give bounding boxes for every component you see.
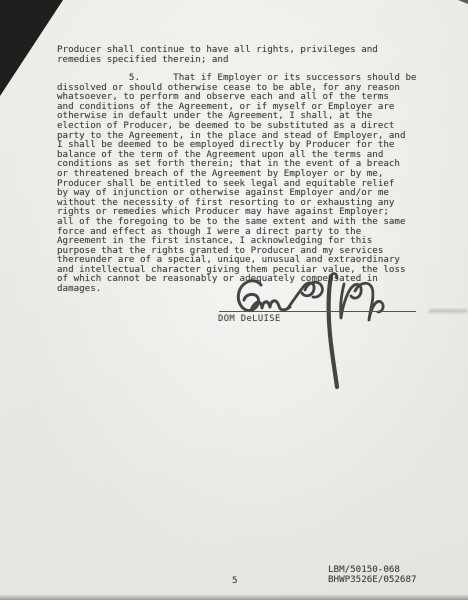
signatory-typed-name: DOM DeLUISE (218, 314, 281, 324)
handwritten-signature (225, 270, 395, 395)
scan-edge-bottom (0, 594, 468, 600)
scanned-document-page: Producer shall continue to have all righ… (0, 0, 468, 600)
scan-artifact-right-edge (429, 309, 467, 313)
signature-line (219, 311, 416, 312)
paragraph-clause-5: 5. That if Employer or its successors sh… (57, 73, 417, 294)
paragraph-continuation: Producer shall continue to have all righ… (57, 45, 378, 65)
page-number: 5 (232, 575, 238, 586)
reference-codes: LBM/50150-068 BHWP3526E/052687 (328, 565, 417, 585)
